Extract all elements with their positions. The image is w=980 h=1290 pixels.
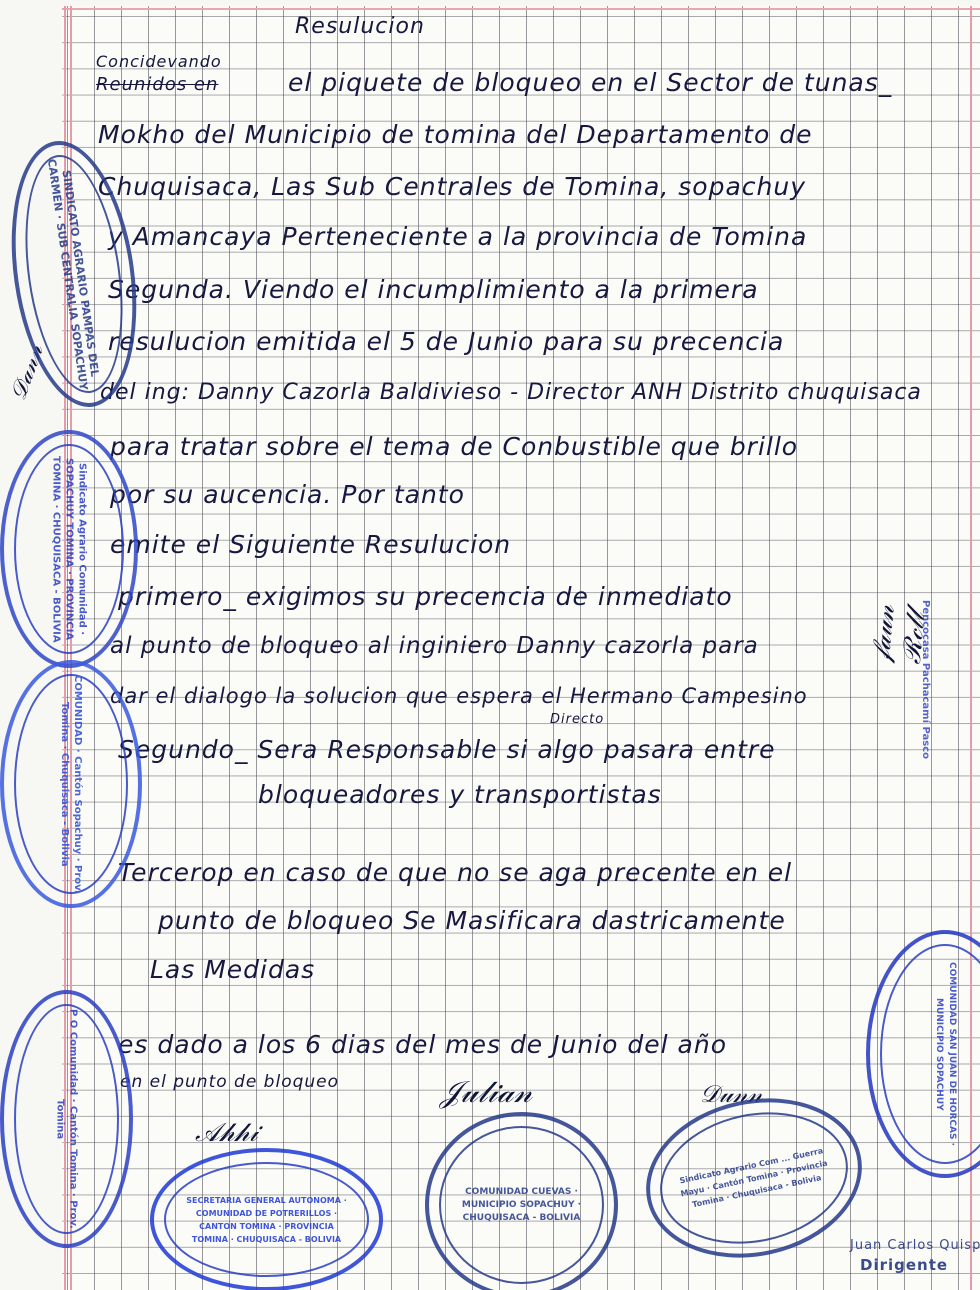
- stamp-text: COMUNIDAD SAN JUAN DE HORCAS · MUNICIPIO…: [932, 934, 958, 1174]
- line-19: es dado a los 6 dias del mes de Junio de…: [118, 1030, 727, 1059]
- signature-name: Juan Carlos Quispe: [850, 1238, 980, 1253]
- stamp-text: Sindicato Agrario Comunidad · SOPACHUY T…: [50, 434, 89, 664]
- top-margin-line: [62, 8, 980, 10]
- stamp-canton-sopachuy: COMUNIDAD · Cantón Sopachuy · Prov. Tomi…: [0, 660, 142, 908]
- line-9: por su aucencia. Por tanto: [110, 480, 465, 509]
- line-15: bloqueadores y transportistas: [258, 780, 662, 809]
- stamp-text: P O Comunidad · Cantón Tomina · Prov. To…: [54, 994, 80, 1244]
- line-14: Segundo_ Sera Responsable si algo pasara…: [118, 735, 776, 764]
- heading-word: Concidevando: [96, 52, 222, 71]
- stamp-right-edge: Pencocasa Pachacamí Pasco: [920, 600, 931, 780]
- stamp-comunidad-canton-tomina: P O Comunidad · Cantón Tomina · Prov. To…: [0, 990, 133, 1248]
- line-13: dar el dialogo la solucion que espera el…: [110, 684, 808, 708]
- line-5: Segunda. Viendo el incumplimiento a la p…: [108, 275, 759, 304]
- signature-left-bottom: 𝒜𝒽𝒽𝒾: [195, 1118, 258, 1149]
- line-11: primero_ exigimos su precencia de inmedi…: [118, 582, 733, 611]
- stamp-text: COMUNIDAD · Cantón Sopachuy · Prov. Tomi…: [58, 664, 84, 904]
- stamp-sopachuy-tomina: Sindicato Agrario Comunidad · SOPACHUY T…: [0, 430, 138, 668]
- line-3: Chuquisaca, Las Sub Centrales de Tomina,…: [98, 172, 806, 201]
- struck-word: Reunidos en: [96, 74, 218, 95]
- line-16: Tercerop en caso de que no se aga precen…: [118, 858, 792, 887]
- line-1: el piquete de bloqueo en el Sector de tu…: [288, 68, 892, 97]
- line-6: resulucion emitida el 5 de Junio para su…: [108, 327, 784, 356]
- line-10: emite el Siguiente Resulucion: [110, 530, 511, 559]
- line-8: para tratar sobre el tema de Conbustible…: [110, 432, 798, 461]
- signature-center: 𝒥𝓊𝓁𝒾𝒶𝓃: [440, 1075, 532, 1110]
- document-title: Resulucion: [295, 14, 425, 39]
- line-2: Mokho del Municipio de tomina del Depart…: [98, 120, 812, 149]
- signature-role: Dirigente: [860, 1256, 948, 1274]
- line-7: del ing: Danny Cazorla Baldivieso - Dire…: [100, 380, 922, 405]
- stamp-text: COMUNIDAD CUEVAS · MUNICIPIO SOPACHUY · …: [457, 1186, 587, 1225]
- line-4: y Amancaya Perteneciente a la provincia …: [108, 222, 807, 251]
- insertion-above: Directo: [550, 712, 604, 727]
- line-17: punto de bloqueo Se Masificara dastricam…: [158, 906, 786, 935]
- line-20: en el punto de bloqueo: [120, 1072, 339, 1092]
- line-18: Las Medidas: [150, 955, 315, 984]
- stamp-secretaria-general: SECRETARIA GENERAL AUTONOMA · COMUNIDAD …: [150, 1148, 383, 1290]
- stamp-text: SECRETARIA GENERAL AUTONOMA · COMUNIDAD …: [182, 1194, 352, 1246]
- stamp-comunidad-cuevas: COMUNIDAD CUEVAS · MUNICIPIO SOPACHUY · …: [425, 1112, 618, 1290]
- line-12: al punto de bloqueo al inginiero Danny c…: [110, 633, 759, 659]
